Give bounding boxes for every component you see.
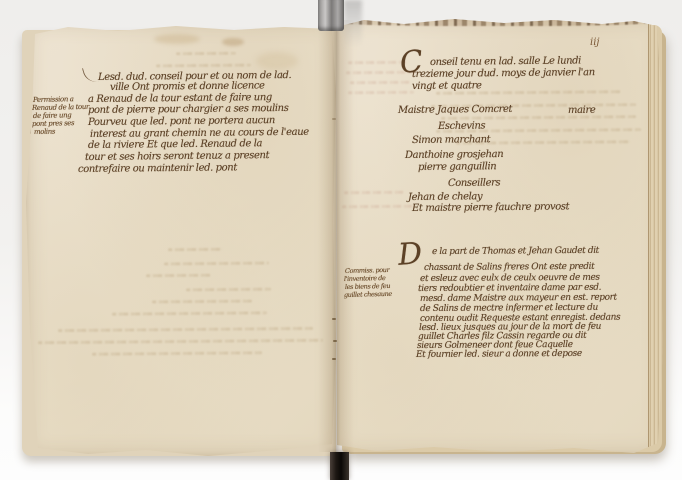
heading-line: trezieme jour dud. moys de janvier l'an [412, 67, 595, 80]
page-stain [154, 34, 200, 44]
rod-shadow [344, 0, 362, 48]
margin-note-line: molins [34, 128, 55, 136]
officer-line: Et maistre pierre fauchre provost [412, 201, 569, 214]
manuscript-line: chassant de Salins freres Ont este predi… [424, 262, 594, 273]
bleedthrough-line [344, 191, 404, 195]
bleedthrough-line [350, 81, 412, 85]
heading-line: onseil tenu en lad. salle Le lundi [430, 55, 581, 68]
officer-line-mayor-role: maire [568, 105, 595, 116]
officer-line-mayor-name: Maistre Jaques Comcret [398, 104, 512, 116]
page-stain [256, 52, 298, 70]
bleedthrough-line [156, 64, 251, 68]
bleedthrough-line [164, 262, 269, 266]
bleedthrough-line [176, 52, 236, 56]
bleedthrough-line [92, 351, 262, 355]
bleedthrough-line [146, 274, 211, 278]
margin-note-line: guillet chesaune [344, 290, 392, 299]
manuscript-line: e la part de Thomas et Jehan Gaudet dit [432, 246, 599, 257]
manuscript-line: pont de pierre pour chargier a ses mouli… [88, 103, 289, 116]
officer-line: Eschevins [438, 121, 485, 132]
book-weight-rod-top [318, 0, 344, 31]
manuscript-line: Pourveu que led. pont ne portera aucun [88, 115, 275, 128]
heading-line: vingt et quatre [412, 80, 482, 92]
manuscript-photo: Permission a Renaud de la tour de faire … [0, 0, 682, 480]
officer-line: pierre ganguillin [418, 161, 496, 173]
manuscript-line: de la riviere Et que led. Renaud de la [88, 138, 262, 151]
paragraph-initial: D [397, 236, 423, 273]
page-top-soiled-edge [340, 18, 649, 26]
folio-number: iij [590, 37, 600, 48]
bleedthrough-line [38, 339, 323, 344]
bleedthrough-line [342, 205, 414, 209]
page-stain [222, 38, 244, 46]
bleedthrough-line [58, 327, 313, 332]
officer-line: Danthoine grosjehan [405, 149, 503, 161]
manuscript-line: contrefaire ou maintenir led. pont [78, 162, 237, 175]
bleedthrough-line [168, 248, 223, 251]
bleedthrough-line [348, 91, 414, 95]
bleedthrough-line [112, 311, 267, 315]
book-weight-rod-bottom [330, 452, 349, 480]
manuscript-line: ville Ont promis et donne licence [110, 80, 265, 93]
left-page: Permission a Renaud de la tour de faire … [26, 22, 336, 456]
officer-line: Conseillers [448, 177, 500, 189]
bleedthrough-line [348, 61, 406, 65]
officer-line: Simon marchant [412, 134, 490, 146]
bleedthrough-line [152, 300, 252, 304]
manuscript-line: tour et ses hoirs seront tenuz a present [85, 150, 269, 163]
officer-line: Jehan de chelay [408, 191, 482, 203]
bleedthrough-line [186, 288, 271, 292]
manuscript-line: Et fournier led. sieur a donne et depose [416, 349, 582, 360]
bleedthrough-line [441, 115, 636, 120]
right-page: iij C onseil tenu en lad. salle Le lundi… [336, 17, 663, 455]
